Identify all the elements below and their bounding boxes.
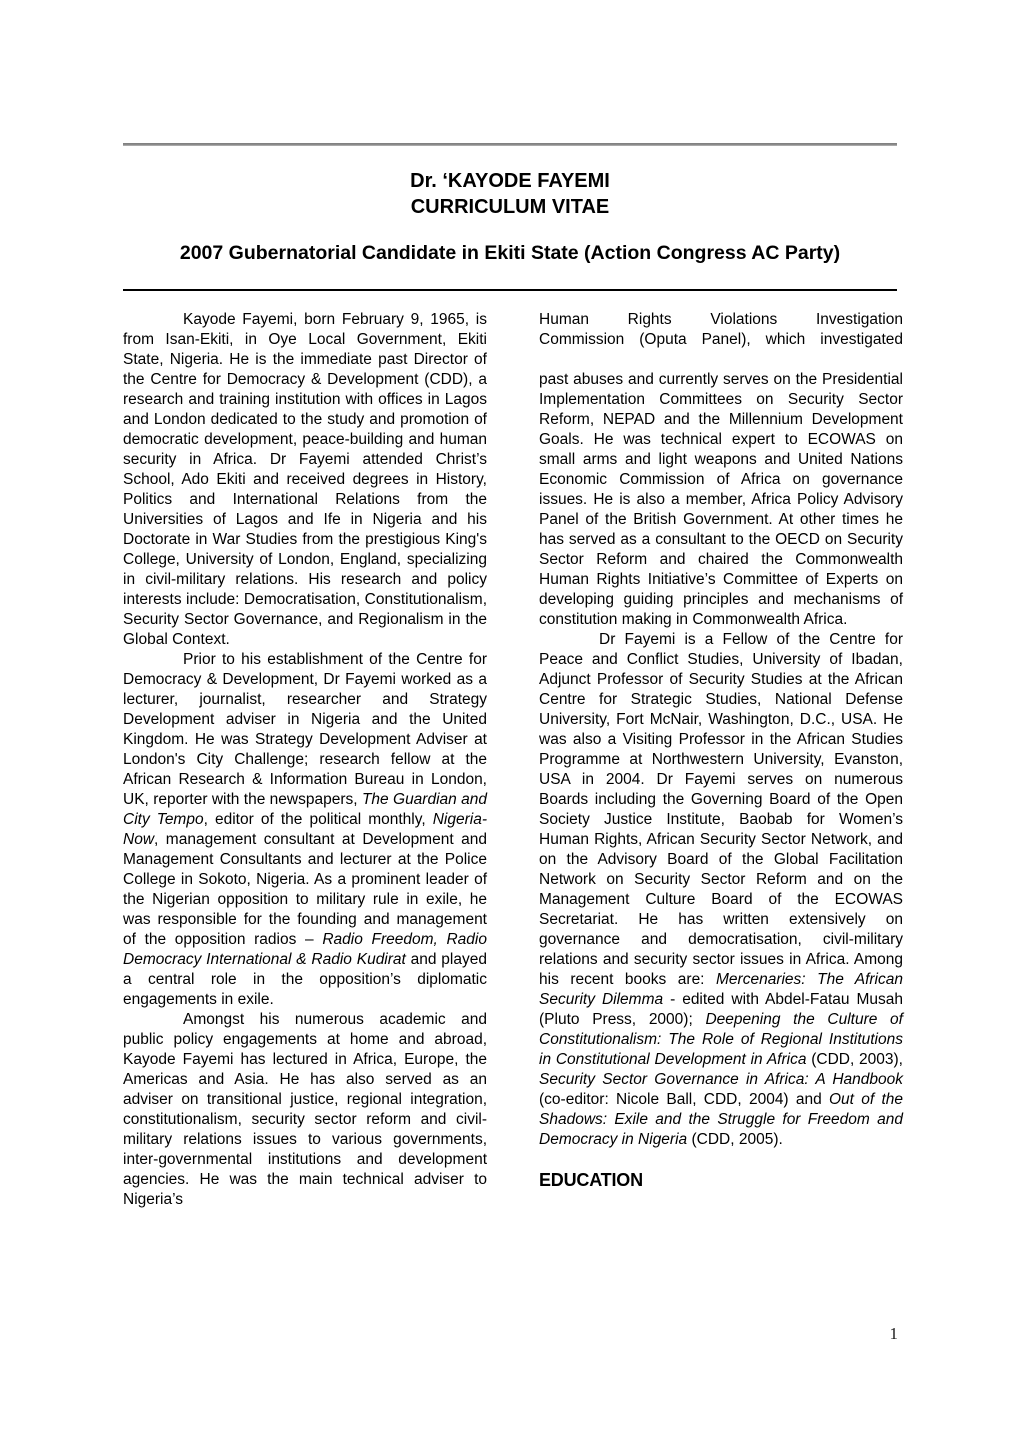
paragraph: Dr Fayemi is a Fellow of the Centre for …: [539, 630, 903, 1150]
text-run: past abuses and currently serves on the …: [539, 371, 903, 628]
document-page: Dr. ‘KAYODE FAYEMI CURRICULUM VITAE 2007…: [0, 0, 1020, 1443]
left-column: Kayode Fayemi, born February 9, 1965, is…: [123, 310, 487, 1210]
text-run: , editor of the political monthly,: [204, 811, 433, 828]
document-subtitle: 2007 Gubernatorial Candidate in Ekiti St…: [103, 241, 917, 266]
paragraph: Amongst his numerous academic and public…: [123, 1010, 487, 1210]
text-run: Amongst his numerous academic and public…: [123, 1011, 487, 1208]
horizontal-rule-top: [123, 143, 897, 146]
two-column-body: Kayode Fayemi, born February 9, 1965, is…: [123, 310, 903, 1210]
right-column-paragraphs: Human Rights Violations InvestigationCom…: [539, 310, 903, 1150]
text-run: Commission (Oputa Panel), which investig…: [539, 331, 903, 348]
text-run: Dr Fayemi is a Fellow of the Centre for …: [539, 631, 903, 988]
document-title: Dr. ‘KAYODE FAYEMI CURRICULUM VITAE: [103, 168, 917, 220]
text-run: (co-editor: Nicole Ball, CDD, 2004) and: [539, 1091, 829, 1108]
italic-text-run: Security Sector Governance in Africa: A …: [539, 1071, 903, 1088]
text-run: Human Rights Violations Investigation: [539, 311, 903, 328]
title-cv-line: CURRICULUM VITAE: [411, 196, 610, 218]
horizontal-rule-divider: [123, 289, 897, 291]
right-column: Human Rights Violations InvestigationCom…: [539, 310, 903, 1210]
text-run: (CDD, 2003),: [806, 1051, 903, 1068]
text-run: Prior to his establishment of the Centre…: [123, 651, 487, 808]
page-number: 1: [890, 1324, 899, 1344]
text-run: (CDD, 2005).: [687, 1131, 783, 1148]
left-column-paragraphs: Kayode Fayemi, born February 9, 1965, is…: [123, 310, 487, 1210]
paragraph: Prior to his establishment of the Centre…: [123, 650, 487, 1010]
paragraph: Kayode Fayemi, born February 9, 1965, is…: [123, 310, 487, 650]
title-name-line: Dr. ‘KAYODE FAYEMI: [410, 170, 610, 192]
text-run: Kayode Fayemi, born February 9, 1965, is…: [123, 311, 487, 648]
paragraph: Human Rights Violations InvestigationCom…: [539, 310, 903, 350]
section-heading-education: EDUCATION: [539, 1170, 903, 1190]
paragraph: past abuses and currently serves on the …: [539, 370, 903, 630]
